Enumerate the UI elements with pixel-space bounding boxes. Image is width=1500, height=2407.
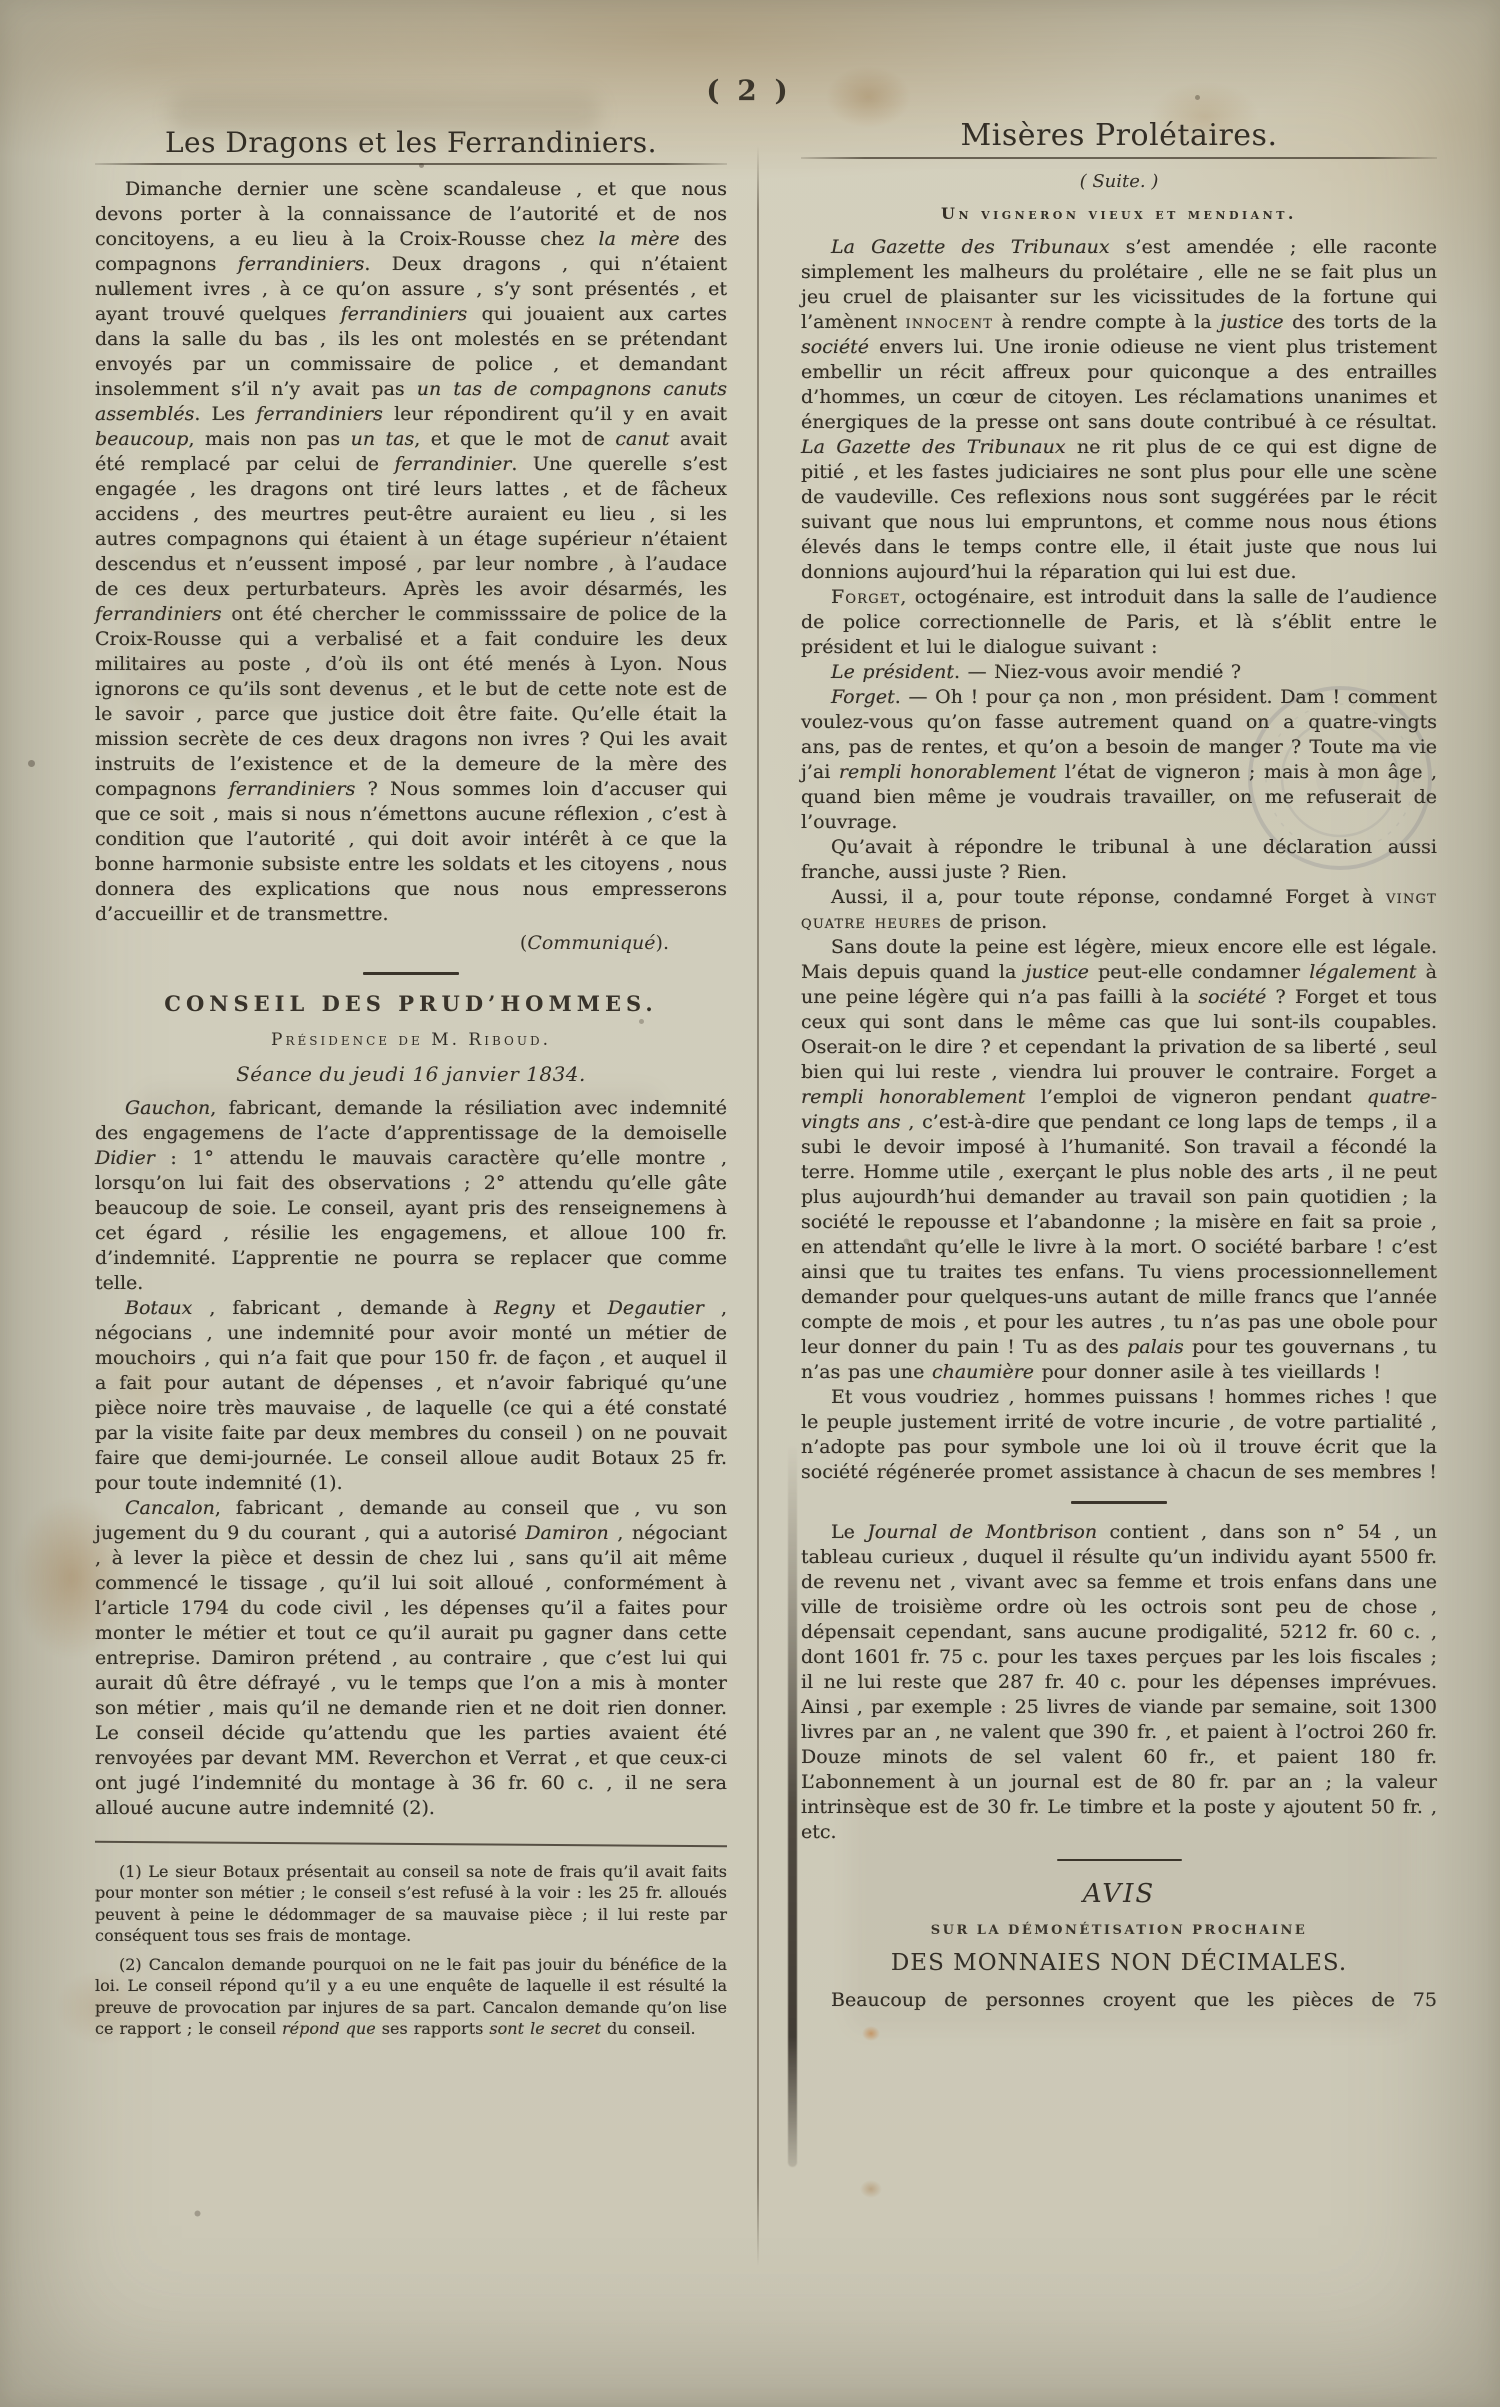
footnote-rule	[95, 1841, 727, 1847]
section-title-conseil: CONSEIL DES PRUD’HOMMES.	[95, 991, 727, 1016]
article-kicker-vigneron: Un vigneron vieux et mendiant.	[801, 204, 1437, 223]
paper-stain	[860, 2180, 882, 2198]
avis-heading: DES MONNAIES NON DÉCIMALES.	[801, 1950, 1437, 1976]
footnote-1: (1) Le sieur Botaux présentait au consei…	[95, 1861, 727, 1947]
article-body-paragraph: Et vous voudriez , hommes puissans ! hom…	[801, 1385, 1437, 1485]
case-paragraph-gauchon: Gauchon, fabricant, demande la résiliati…	[95, 1096, 727, 1296]
suite-label: ( Suite. )	[801, 171, 1437, 192]
left-column: Les Dragons et les Ferrandiniers. Dimanc…	[95, 126, 727, 2047]
news-paragraph-montbrison: Le Journal de Montbrison contient , dans…	[801, 1520, 1437, 1845]
avis-kicker: SUR LA DÉMONÉTISATION PROCHAINE	[801, 1923, 1437, 1938]
right-column: Misères Prolétaires. ( Suite. ) Un vigne…	[801, 118, 1437, 2013]
paper-stain	[862, 2026, 880, 2041]
article-title-dragons: Les Dragons et les Ferrandiniers.	[95, 126, 727, 159]
session-date: Séance du jeudi 16 janvier 1834.	[95, 1062, 727, 1086]
article-body-paragraph: La Gazette des Tribunaux s’est amendée ;…	[801, 235, 1437, 585]
dialogue-line-forget: Forget. — Oh ! pour ça non , mon préside…	[801, 685, 1437, 835]
article-body-paragraph: Dimanche dernier une scène scandaleuse ,…	[95, 177, 727, 927]
article-body-paragraph: Forget, octogénaire, est introduit dans …	[801, 585, 1437, 660]
article-body-paragraph: Sans doute la peine est légère, mieux en…	[801, 935, 1437, 1385]
case-paragraph-botaux: Botaux , fabricant , demande à Regny et …	[95, 1296, 727, 1496]
page-number: ( 2 )	[684, 74, 814, 107]
title-rule	[801, 157, 1437, 159]
article-title-miseres: Misères Prolétaires.	[801, 118, 1437, 153]
case-paragraph-cancalon: Cancalon, fabricant , demande au conseil…	[95, 1496, 727, 1821]
article-body-paragraph: Aussi, il a, pour toute réponse, condamn…	[801, 885, 1437, 935]
dialogue-line-president: Le président. — Niez-vous avoir mendié ?	[801, 660, 1437, 685]
newspaper-page: ( 2 ) Les Dragons et les Ferrandiniers. …	[0, 0, 1500, 2407]
paper-specks	[0, 0, 3, 3]
article-signature: (Communiqué).	[95, 930, 727, 956]
section-subtitle-presidence: Présidence de M. Riboud.	[95, 1030, 727, 1050]
avis-body-paragraph: Beaucoup de personnes croyent que les pi…	[801, 1988, 1437, 2013]
section-divider-rule	[1057, 1859, 1182, 1861]
section-divider-rule	[1071, 1501, 1167, 1504]
ink-smear	[788, 1445, 797, 2167]
avis-title: AVIS	[801, 1879, 1437, 1909]
article-body-paragraph: Qu’avait à répondre le tribunal à une dé…	[801, 835, 1437, 885]
footnote-2: (2) Cancalon demande pourquoi on ne le f…	[95, 1954, 727, 2040]
section-divider-rule	[363, 972, 459, 975]
column-divider	[757, 146, 759, 2266]
title-rule	[95, 163, 727, 165]
